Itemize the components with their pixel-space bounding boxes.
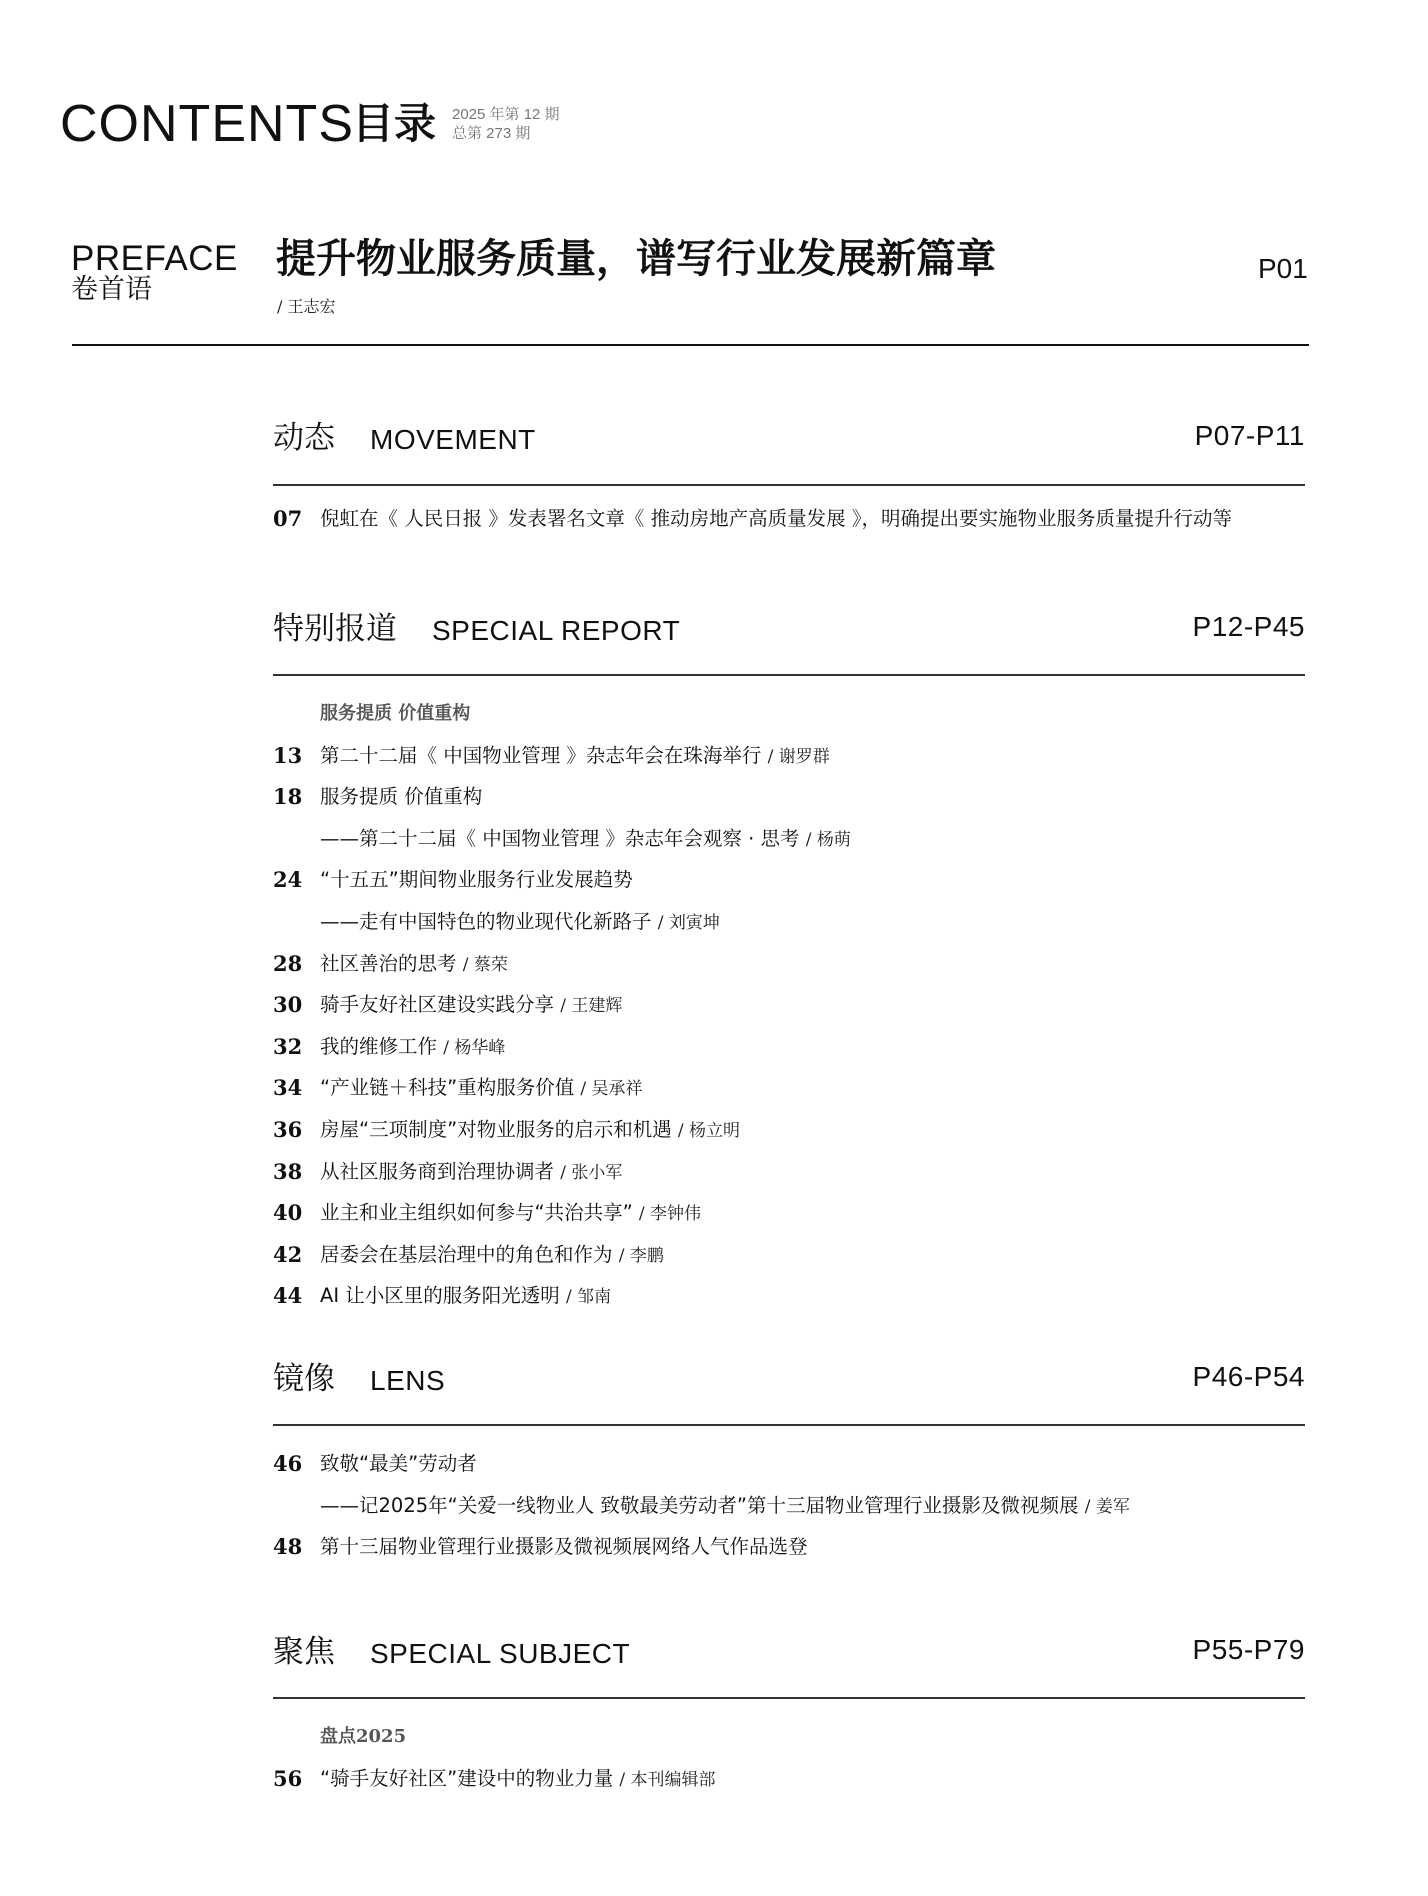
entry-title: 从社区服务商到治理协调者 / 张小军 (320, 1158, 622, 1187)
entry-page: 44 (273, 1283, 302, 1309)
issue-total: 总第 273 期 (452, 124, 560, 143)
toc-entry[interactable]: 36 房屋“三项制度”对物业服务的启示和机遇 / 杨立明 (273, 1111, 1305, 1153)
toc-entry[interactable]: 48 第十三届物业管理行业摄影及微视频展网络人气作品选登 (273, 1528, 1305, 1570)
entry-title: “骑手友好社区”建设中的物业力量 / 本刊编辑部 (320, 1765, 716, 1794)
entry-title: 业主和业主组织如何参与“共治共享” / 李钟伟 (320, 1199, 701, 1228)
contents-title-cn: 目录 (352, 98, 436, 150)
section-subhead: 服务提质 价值重构 (273, 695, 1305, 737)
entry-page: 24 (273, 867, 302, 893)
toc-entry[interactable]: 38 从社区服务商到治理协调者 / 张小军 (273, 1153, 1305, 1195)
entry-author: / 杨华峰 (443, 1038, 505, 1058)
section-movement: 动态 MOVEMENT P07-P11 07 倪虹在《 人民日报 》发表署名文章… (273, 416, 1305, 462)
section-title-cn: 镜像 (273, 1361, 335, 1397)
toc-entry-subtitle[interactable]: ——记2025年“关爱一线物业人 致敬最美劳动者”第十三届物业管理行业摄影及微视… (273, 1487, 1305, 1529)
section-header: 聚焦 SPECIAL SUBJECT P55-P79 (273, 1630, 1305, 1676)
entry-title: 倪虹在《 人民日报 》发表署名文章《 推动房地产高质量发展 》，明确提出要实施物… (320, 505, 1232, 533)
entry-title: 居委会在基层治理中的角色和作为 / 李鹏 (320, 1241, 664, 1270)
entry-page: 38 (273, 1159, 302, 1185)
entry-page: 28 (273, 951, 302, 977)
toc-entry[interactable]: 13 第二十二届《 中国物业管理 》杂志年会在珠海举行 / 谢罗群 (273, 737, 1305, 779)
section-page-range: P12-P45 (1193, 611, 1305, 643)
preface-label-cn: 卷首语 (71, 274, 152, 306)
entry-page: 32 (273, 1034, 302, 1060)
section-page-range: P46-P54 (1193, 1361, 1305, 1393)
section-title-cn: 特别报道 (273, 611, 397, 647)
toc-entry[interactable]: 30 骑手友好社区建设实践分享 / 王建辉 (273, 986, 1305, 1028)
toc-entry[interactable]: 18 服务提质 价值重构 (273, 778, 1305, 820)
section-title-en: SPECIAL SUBJECT (370, 1638, 630, 1670)
entry-page: 34 (273, 1075, 302, 1101)
section-page-range: P55-P79 (1193, 1634, 1305, 1666)
entry-title: 骑手友好社区建设实践分享 / 王建辉 (320, 991, 622, 1020)
entry-author: / 谢罗群 (768, 747, 830, 767)
section-divider (273, 1424, 1305, 1426)
section-divider (273, 484, 1305, 486)
entry-author: / 邹南 (566, 1287, 611, 1307)
entry-page: 07 (273, 506, 302, 532)
section-header: 特别报道 SPECIAL REPORT P12-P45 (273, 607, 1305, 653)
entry-page: 36 (273, 1117, 302, 1143)
entry-author: / 杨立明 (678, 1121, 740, 1141)
entry-page: 48 (273, 1534, 302, 1560)
preface-article-title[interactable]: 提升物业服务质量，谱写行业发展新篇章 (276, 234, 996, 284)
section-header: 动态 MOVEMENT P07-P11 (273, 416, 1305, 462)
entry-title: “产业链＋科技”重构服务价值 / 吴承祥 (320, 1074, 643, 1103)
toc-entry[interactable]: 34 “产业链＋科技”重构服务价值 / 吴承祥 (273, 1069, 1305, 1111)
issue-info: 2025 年第 12 期 总第 273 期 (452, 105, 560, 143)
entry-title: 致敬“最美”劳动者 (320, 1450, 477, 1478)
entry-title: 第十三届物业管理行业摄影及微视频展网络人气作品选登 (320, 1533, 808, 1561)
entry-page: 30 (273, 992, 302, 1018)
entry-title: 服务提质 价值重构 (320, 783, 482, 811)
preface-page-number: P01 (1258, 254, 1308, 284)
entry-author: / 王建辉 (560, 996, 622, 1016)
toc-entry[interactable]: 44 AI 让小区里的服务阳光透明 / 邹南 (273, 1277, 1305, 1319)
entry-title: 房屋“三项制度”对物业服务的启示和机遇 / 杨立明 (320, 1116, 740, 1145)
toc-entry-subtitle[interactable]: ——走有中国特色的物业现代化新路子 / 刘寅坤 (273, 903, 1305, 945)
entry-subtitle: ——第二十二届《 中国物业管理 》杂志年会观察 · 思考 / 杨萌 (320, 825, 851, 854)
section-title-cn: 聚焦 (273, 1634, 335, 1670)
entry-subtitle: ——记2025年“关爱一线物业人 致敬最美劳动者”第十三届物业管理行业摄影及微视… (320, 1492, 1130, 1521)
entry-page: 40 (273, 1200, 302, 1226)
section-lens: 镜像 LENS P46-P54 46 致敬“最美”劳动者 ——记2025年“关爱… (273, 1357, 1305, 1403)
entry-page: 13 (273, 743, 302, 769)
entry-author: / 张小军 (560, 1163, 622, 1183)
entry-title: AI 让小区里的服务阳光透明 / 邹南 (320, 1282, 611, 1311)
issue-number: 2025 年第 12 期 (452, 105, 560, 124)
section-divider (273, 1697, 1305, 1699)
entry-author: / 杨萌 (806, 830, 851, 850)
entry-subtitle: ——走有中国特色的物业现代化新路子 / 刘寅坤 (320, 908, 720, 937)
toc-entry[interactable]: 46 致敬“最美”劳动者 (273, 1445, 1305, 1487)
toc-entry[interactable]: 40 业主和业主组织如何参与“共治共享” / 李钟伟 (273, 1194, 1305, 1236)
entry-author: / 本刊编辑部 (619, 1770, 715, 1790)
section-title-en: SPECIAL REPORT (432, 615, 680, 647)
entry-title: 第二十二届《 中国物业管理 》杂志年会在珠海举行 / 谢罗群 (320, 742, 830, 771)
entry-title: “十五五”期间物业服务行业发展趋势 (320, 866, 633, 894)
section-subhead: 盘点2025 (273, 1718, 1305, 1760)
section-page-range: P07-P11 (1195, 420, 1305, 452)
section-special-report: 特别报道 SPECIAL REPORT P12-P45 服务提质 价值重构 13… (273, 607, 1305, 653)
entry-page: 42 (273, 1242, 302, 1268)
entry-author: / 李钟伟 (639, 1204, 701, 1224)
entry-author: / 李鹏 (619, 1246, 664, 1266)
preface-label-en: PREFACE (71, 240, 238, 278)
entry-author: / 刘寅坤 (658, 913, 720, 933)
preface-author: / 王志宏 (277, 296, 335, 318)
section-header: 镜像 LENS P46-P54 (273, 1357, 1305, 1403)
toc-entry[interactable]: 42 居委会在基层治理中的角色和作为 / 李鹏 (273, 1236, 1305, 1278)
section-divider (273, 674, 1305, 676)
entry-author: / 姜军 (1085, 1497, 1130, 1517)
section-special-subject: 聚焦 SPECIAL SUBJECT P55-P79 盘点2025 56 “骑手… (273, 1630, 1305, 1676)
entry-page: 46 (273, 1451, 302, 1477)
preface-divider (72, 344, 1309, 346)
section-title-cn: 动态 (273, 420, 335, 456)
entry-title: 我的维修工作 / 杨华峰 (320, 1033, 505, 1062)
toc-entry[interactable]: 28 社区善治的思考 / 蔡荣 (273, 945, 1305, 987)
entry-page: 56 (273, 1766, 302, 1792)
toc-entry[interactable]: 32 我的维修工作 / 杨华峰 (273, 1028, 1305, 1070)
toc-entry-subtitle[interactable]: ——第二十二届《 中国物业管理 》杂志年会观察 · 思考 / 杨萌 (273, 820, 1305, 862)
toc-entry[interactable]: 56 “骑手友好社区”建设中的物业力量 / 本刊编辑部 (273, 1760, 1305, 1802)
toc-entry[interactable]: 24 “十五五”期间物业服务行业发展趋势 (273, 861, 1305, 903)
toc-entry[interactable]: 07 倪虹在《 人民日报 》发表署名文章《 推动房地产高质量发展 》，明确提出要… (273, 500, 1305, 542)
section-title-en: LENS (370, 1365, 445, 1397)
section-title-en: MOVEMENT (370, 424, 536, 456)
entry-author: / 蔡荣 (463, 955, 508, 975)
entry-title: 社区善治的思考 / 蔡荣 (320, 950, 508, 979)
contents-title-en: CONTENTS (60, 96, 354, 152)
entry-author: / 吴承祥 (580, 1079, 642, 1099)
entry-page: 18 (273, 784, 302, 810)
